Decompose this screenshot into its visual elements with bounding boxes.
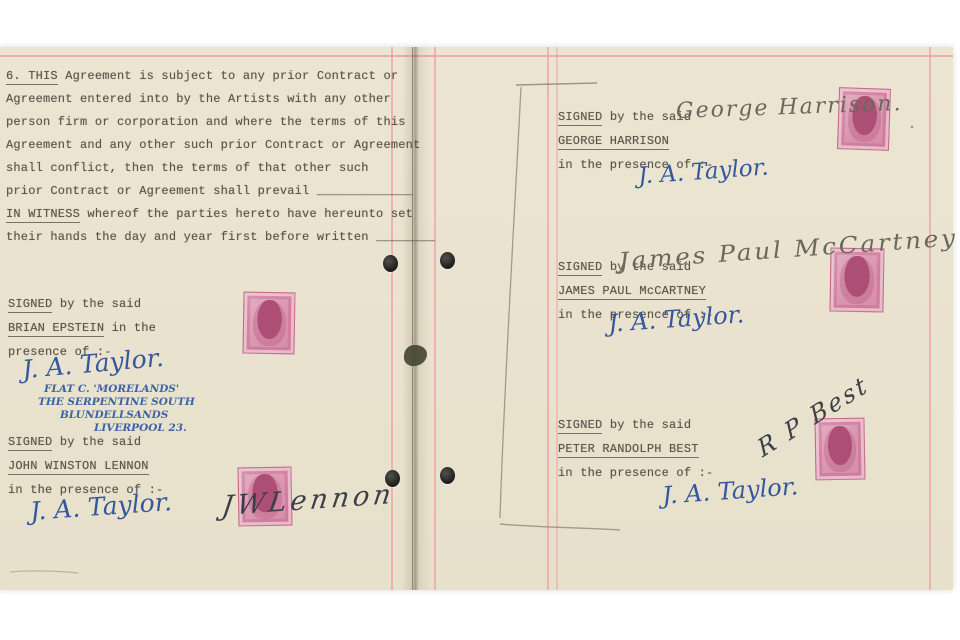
binder-hole	[440, 252, 455, 269]
clause-line: 6. THIS Agreement is subject to any prio…	[6, 69, 435, 92]
clause-line: Agreement entered into by the Artists wi…	[6, 92, 435, 115]
binder-hole	[440, 467, 455, 484]
clause-line: their hands the day and year first befor…	[6, 230, 435, 253]
contract-document: 6. THIS Agreement is subject to any prio…	[0, 47, 953, 590]
clause-line: person firm or corporation and where the…	[6, 115, 435, 138]
clause-line: Agreement and any other such prior Contr…	[6, 138, 435, 161]
clause-line: IN WITNESS whereof the parties hereto ha…	[6, 207, 435, 230]
party-name-lennon: JOHN WINSTON LENNON	[8, 459, 149, 475]
party-name-best: PETER RANDOLPH BEST	[558, 442, 699, 458]
party-name-harrison: GEORGE HARRISON	[558, 134, 669, 150]
clause-paragraph: 6. THIS Agreement is subject to any prio…	[6, 69, 435, 253]
party-name-epstein: BRIAN EPSTEIN	[8, 321, 104, 337]
witness-address: FLAT C. 'MORELANDS' THE SERPENTINE SOUTH…	[38, 383, 195, 435]
clause-line: prior Contract or Agreement shall prevai…	[6, 184, 435, 207]
clause-line: shall conflict, then the terms of that o…	[6, 161, 435, 184]
party-name-mccartney: JAMES PAUL McCARTNEY	[558, 284, 706, 300]
postage-stamp	[242, 292, 295, 355]
binder-hole	[383, 255, 398, 272]
